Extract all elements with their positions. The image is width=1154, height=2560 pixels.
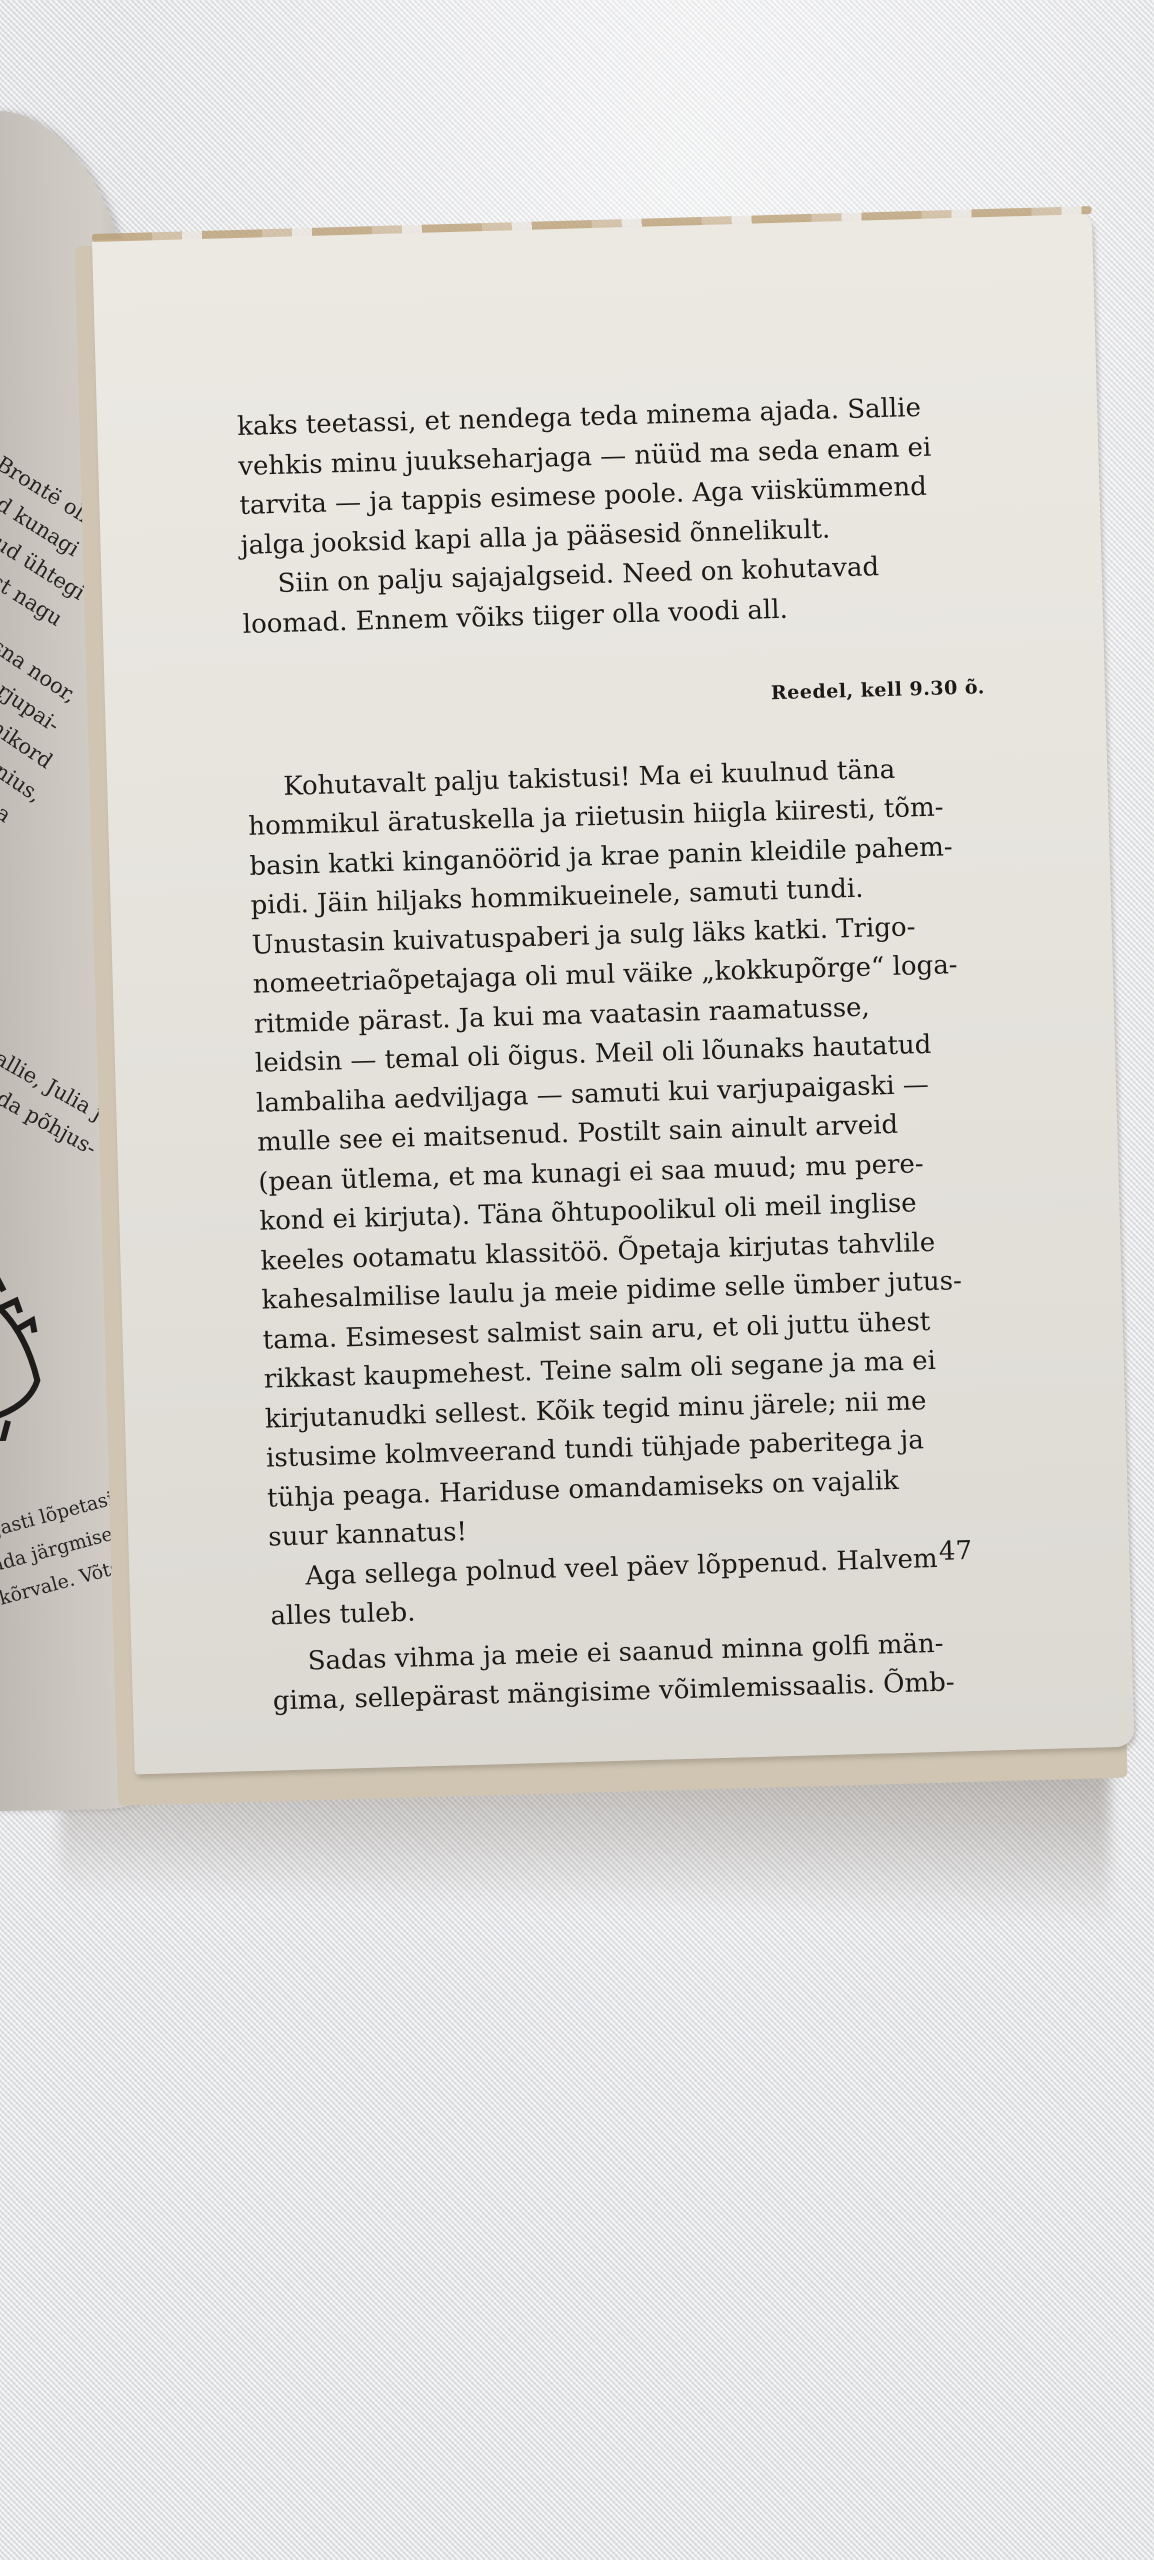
spider-illustration-icon <box>0 1180 58 1442</box>
diary-dateline: Reedel, kell 9.30 õ. <box>245 668 986 728</box>
page-body: kaks teetassi, et nendega teda minema aj… <box>237 387 1013 1722</box>
paragraph-5: Sadas vihma ja meie ei saanud minna golf… <box>271 1622 1013 1722</box>
right-page: kaks teetassi, et nendega teda minema aj… <box>92 212 1134 1774</box>
paragraph-3: Kohutavalt palju takistusi! Ma ei kuulnu… <box>247 748 1009 1558</box>
page-number: 47 <box>939 1536 973 1567</box>
paragraph-1: kaks teetassi, et nendega teda minema aj… <box>237 387 981 566</box>
